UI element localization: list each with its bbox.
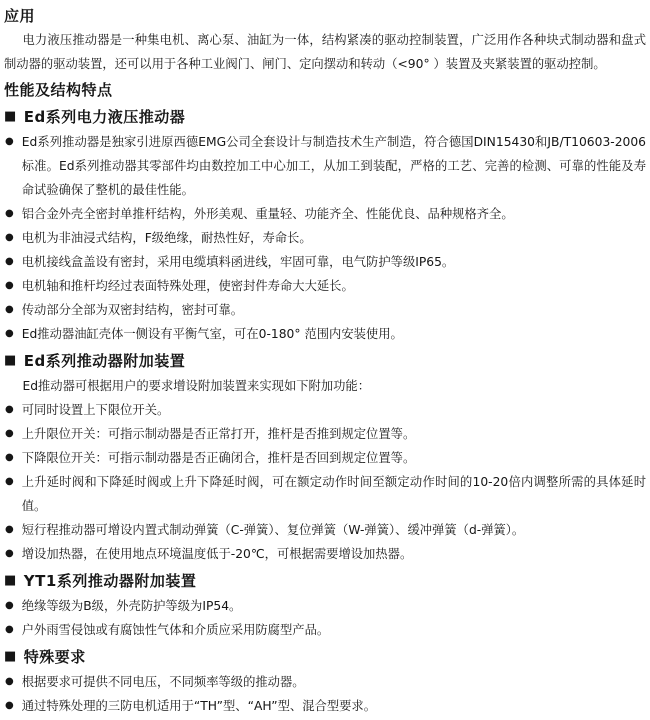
list-item: ● 传动部分全部为双密封结构，密封可靠。 bbox=[4, 298, 646, 322]
subheading-special-requirements-label: 特殊要求 bbox=[24, 645, 86, 670]
bullet-text: 传动部分全部为双密封结构，密封可靠。 bbox=[22, 298, 646, 322]
subheading-ed-series-label: Ed系列电力液压推动器 bbox=[24, 105, 186, 130]
bullet-text: 电机轴和推杆均经过表面特殊处理，使密封件寿命大大延长。 bbox=[22, 274, 646, 298]
bullet-text: 上升限位开关：可指示制动器是否正常打开，推杆是否推到规定位置等。 bbox=[22, 422, 646, 446]
application-paragraph: 电力液压推动器是一种集电机、离心泵、油缸为一体，结构紧凑的驱动控制装置，广泛用作… bbox=[4, 28, 646, 76]
list-item: ● 电机为非油浸式结构，F级绝缘，耐热性好，寿命长。 bbox=[4, 226, 646, 250]
bullet-text: Ed系列推动器是独家引进原西德EMG公司全套设计与制造技术生产制造，符合德国DI… bbox=[22, 130, 646, 202]
ed-accessories-bullet-list: ● 可同时设置上下限位开关。 ● 上升限位开关：可指示制动器是否正常打开，推杆是… bbox=[4, 398, 646, 566]
bullet-text: 通过特殊处理的三防电机适用于“TH”型、“AH”型、混合型要求。 bbox=[22, 694, 646, 718]
bullet-icon: ● bbox=[5, 518, 14, 542]
bullet-text: 户外雨雪侵蚀或有腐蚀性气体和介质应采用防腐型产品。 bbox=[22, 618, 646, 642]
ed-accessories-intro: Ed推动器可根据用户的要求增设附加装置来实现如下附加功能： bbox=[4, 374, 646, 398]
list-item: ● 增设加热器，在使用地点环境温度低于-20℃，可根据需要增设加热器。 bbox=[4, 542, 646, 566]
bullet-text: 电机接线盒盖设有密封，采用电缆填料函进线，牢固可靠，电气防护等级IP65。 bbox=[22, 250, 646, 274]
bullet-icon: ● bbox=[5, 594, 14, 618]
square-marker-icon: ■ bbox=[4, 110, 17, 123]
bullet-text: Ed推动器油缸壳体一侧设有平衡气室，可在0-180° 范围内安装使用。 bbox=[22, 322, 646, 346]
square-marker-icon: ■ bbox=[4, 574, 17, 587]
list-item: ● 铝合金外壳全密封单推杆结构，外形美观、重量轻、功能齐全、性能优良、品种规格齐… bbox=[4, 202, 646, 226]
bullet-text: 增设加热器，在使用地点环境温度低于-20℃，可根据需要增设加热器。 bbox=[22, 542, 646, 566]
subheading-yt1-accessories-label: YT1系列推动器附加装置 bbox=[24, 569, 197, 594]
bullet-text: 铝合金外壳全密封单推杆结构，外形美观、重量轻、功能齐全、性能优良、品种规格齐全。 bbox=[22, 202, 646, 226]
special-requirements-bullet-list: ● 根据要求可提供不同电压，不同频率等级的推动器。 ● 通过特殊处理的三防电机适… bbox=[4, 670, 646, 718]
bullet-icon: ● bbox=[5, 130, 14, 154]
list-item: ● 通过特殊处理的三防电机适用于“TH”型、“AH”型、混合型要求。 bbox=[4, 694, 646, 718]
bullet-icon: ● bbox=[5, 694, 14, 718]
subheading-special-requirements: ■ 特殊要求 bbox=[4, 645, 646, 670]
yt1-bullet-list: ● 绝缘等级为B级，外壳防护等级为IP54。 ● 户外雨雪侵蚀或有腐蚀性气体和介… bbox=[4, 594, 646, 642]
list-item: ● Ed推动器油缸壳体一侧设有平衡气室，可在0-180° 范围内安装使用。 bbox=[4, 322, 646, 346]
square-marker-icon: ■ bbox=[4, 650, 17, 663]
list-item: ● 可同时设置上下限位开关。 bbox=[4, 398, 646, 422]
bullet-icon: ● bbox=[5, 298, 14, 322]
bullet-icon: ● bbox=[5, 470, 14, 494]
bullet-text: 上升延时阀和下降延时阀或上升下降延时阀，可在额定动作时间至额定动作时间的10-2… bbox=[22, 470, 646, 518]
bullet-text: 绝缘等级为B级，外壳防护等级为IP54。 bbox=[22, 594, 646, 618]
list-item: ● 绝缘等级为B级，外壳防护等级为IP54。 bbox=[4, 594, 646, 618]
list-item: ● 根据要求可提供不同电压，不同频率等级的推动器。 bbox=[4, 670, 646, 694]
bullet-text: 下降限位开关：可指示制动器是否正确闭合，推杆是否回到规定位置等。 bbox=[22, 446, 646, 470]
heading-application: 应用 bbox=[4, 4, 646, 28]
bullet-text: 可同时设置上下限位开关。 bbox=[22, 398, 646, 422]
bullet-icon: ● bbox=[5, 422, 14, 446]
bullet-icon: ● bbox=[5, 274, 14, 298]
list-item: ● 电机轴和推杆均经过表面特殊处理，使密封件寿命大大延长。 bbox=[4, 274, 646, 298]
bullet-icon: ● bbox=[5, 618, 14, 642]
list-item: ● 上升延时阀和下降延时阀或上升下降延时阀，可在额定动作时间至额定动作时间的10… bbox=[4, 470, 646, 518]
subheading-ed-accessories: ■ Ed系列推动器附加装置 bbox=[4, 349, 646, 374]
bullet-text: 根据要求可提供不同电压，不同频率等级的推动器。 bbox=[22, 670, 646, 694]
bullet-icon: ● bbox=[5, 446, 14, 470]
list-item: ● 下降限位开关：可指示制动器是否正确闭合，推杆是否回到规定位置等。 bbox=[4, 446, 646, 470]
list-item: ● 电机接线盒盖设有密封，采用电缆填料函进线，牢固可靠，电气防护等级IP65。 bbox=[4, 250, 646, 274]
subheading-yt1-accessories: ■ YT1系列推动器附加装置 bbox=[4, 569, 646, 594]
bullet-icon: ● bbox=[5, 542, 14, 566]
bullet-icon: ● bbox=[5, 202, 14, 226]
bullet-text: 电机为非油浸式结构，F级绝缘，耐热性好，寿命长。 bbox=[22, 226, 646, 250]
bullet-icon: ● bbox=[5, 670, 14, 694]
list-item: ● 户外雨雪侵蚀或有腐蚀性气体和介质应采用防腐型产品。 bbox=[4, 618, 646, 642]
bullet-text: 短行程推动器可增设内置式制动弹簧（C-弹簧）、复位弹簧（W-弹簧）、缓冲弹簧（d… bbox=[22, 518, 646, 542]
list-item: ● 上升限位开关：可指示制动器是否正常打开，推杆是否推到规定位置等。 bbox=[4, 422, 646, 446]
bullet-icon: ● bbox=[5, 250, 14, 274]
heading-performance-features: 性能及结构特点 bbox=[4, 78, 646, 102]
bullet-icon: ● bbox=[5, 322, 14, 346]
list-item: ● 短行程推动器可增设内置式制动弹簧（C-弹簧）、复位弹簧（W-弹簧）、缓冲弹簧… bbox=[4, 518, 646, 542]
ed-series-bullet-list: ● Ed系列推动器是独家引进原西德EMG公司全套设计与制造技术生产制造，符合德国… bbox=[4, 130, 646, 346]
document-page: 应用 电力液压推动器是一种集电机、离心泵、油缸为一体，结构紧凑的驱动控制装置，广… bbox=[0, 0, 650, 718]
subheading-ed-series: ■ Ed系列电力液压推动器 bbox=[4, 105, 646, 130]
square-marker-icon: ■ bbox=[4, 354, 17, 367]
subheading-ed-accessories-label: Ed系列推动器附加装置 bbox=[24, 349, 186, 374]
list-item: ● Ed系列推动器是独家引进原西德EMG公司全套设计与制造技术生产制造，符合德国… bbox=[4, 130, 646, 202]
bullet-icon: ● bbox=[5, 226, 14, 250]
bullet-icon: ● bbox=[5, 398, 14, 422]
